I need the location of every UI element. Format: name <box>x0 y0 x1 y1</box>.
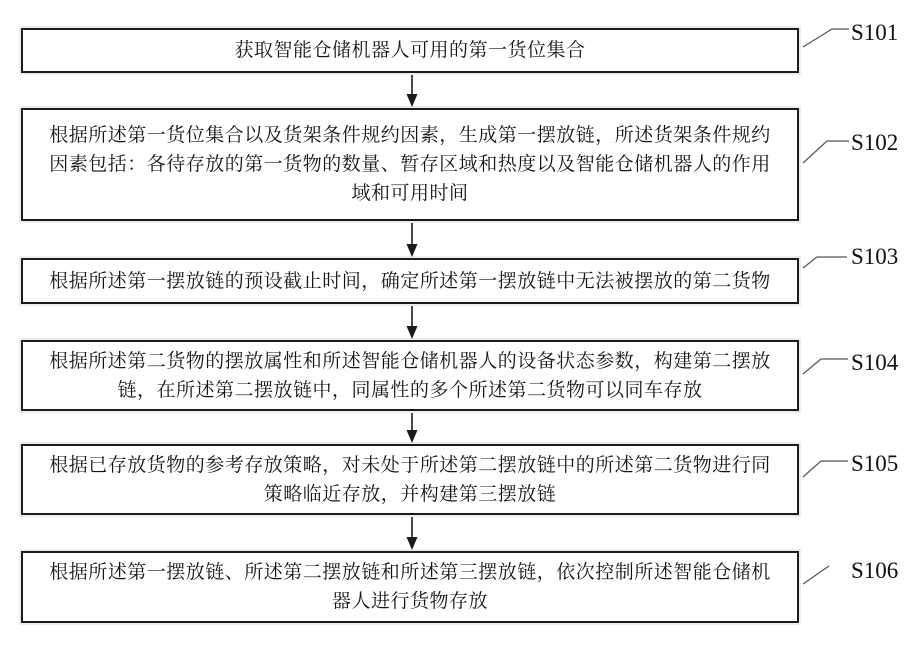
step-text: 链，在所述第二摆放链中，同属性的多个所述第二货物可以同车存放 <box>117 376 702 405</box>
leader-line-s105 <box>803 461 848 477</box>
step-box-s103: 根据所述第一摆放链的预设截止时间，确定所述第一摆放链中无法被摆放的第二货物 <box>21 258 799 304</box>
step-box-s101: 获取智能仓储机器人可用的第一货位集合 <box>21 28 799 73</box>
leader-line-s103 <box>803 257 847 268</box>
step-text: 根据所述第一货位集合以及货架条件规约因素，生成第一摆放链，所述货架条件规约 <box>49 121 771 150</box>
step-text: 根据所述第一摆放链的预设截止时间，确定所述第一摆放链中无法被摆放的第二货物 <box>49 267 771 296</box>
step-text: 根据所述第二货物的摆放属性和所述智能仓储机器人的设备状态参数，构建第二摆放 <box>49 347 771 376</box>
step-label-s103: S103 <box>851 244 915 270</box>
step-label-s106: S106 <box>851 558 915 584</box>
step-text: 因素包括：各待存放的第一货物的数量、暂存区域和热度以及智能仓储机器人的作用 <box>49 150 771 179</box>
step-label-s105: S105 <box>851 451 915 477</box>
down-arrow-1 <box>407 75 418 107</box>
step-box-s102: 根据所述第一货位集合以及货架条件规约因素，生成第一摆放链，所述货架条件规约 因素… <box>21 108 799 221</box>
leader-line-s104 <box>803 359 848 374</box>
step-text: 器人进行货物存放 <box>332 587 488 616</box>
leader-line-s106 <box>803 566 829 584</box>
step-label-s104: S104 <box>851 350 915 376</box>
leader-line-s102 <box>803 141 849 163</box>
step-text: 根据所述第一摆放链、所述第二摆放链和所述第三摆放链，依次控制所述智能仓储机 <box>49 558 771 587</box>
leader-line-s101 <box>803 29 849 47</box>
step-text: 获取智能仓储机器人可用的第一货位集合 <box>234 36 585 65</box>
step-box-s104: 根据所述第二货物的摆放属性和所述智能仓储机器人的设备状态参数，构建第二摆放 链，… <box>21 340 799 411</box>
step-box-s105: 根据已存放货物的参考存放策略，对未处于所述第二摆放链中的所述第二货物进行同 策略… <box>21 444 799 515</box>
step-text: 根据已存放货物的参考存放策略，对未处于所述第二摆放链中的所述第二货物进行同 <box>49 451 771 480</box>
step-text: 策略临近存放，并构建第三摆放链 <box>264 480 557 509</box>
step-box-s106: 根据所述第一摆放链、所述第二摆放链和所述第三摆放链，依次控制所述智能仓储机 器人… <box>21 551 799 623</box>
down-arrow-5 <box>407 517 418 550</box>
step-text: 域和可用时间 <box>351 179 468 208</box>
down-arrow-3 <box>407 306 418 339</box>
step-label-s101: S101 <box>851 20 915 46</box>
down-arrow-4 <box>407 413 418 443</box>
step-label-s102: S102 <box>851 130 915 156</box>
down-arrow-2 <box>407 223 418 257</box>
flowchart-figure: 获取智能仓储机器人可用的第一货位集合 根据所述第一货位集合以及货架条件规约因素，… <box>0 0 916 651</box>
